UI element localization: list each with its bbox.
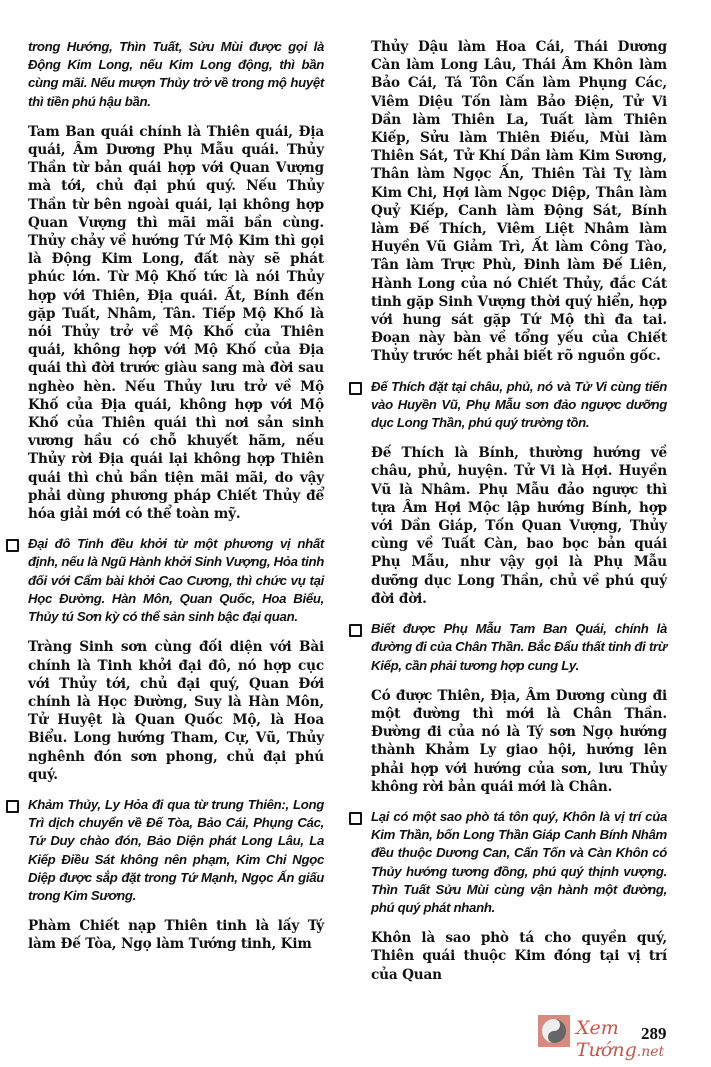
body-paragraph: Tam Ban quái chính là Thiên quái, Địa qu…	[28, 123, 324, 523]
body-paragraph: Đế Thích là Bính, thường hướng về châu, …	[371, 444, 667, 608]
body-paragraph: Có được Thiên, Địa, Âm Dương cùng đi một…	[371, 687, 667, 796]
verse-note: Đế Thích đặt tại châu, phủ, nó và Tử Vi …	[371, 378, 667, 433]
page-number: 289	[641, 1024, 667, 1044]
verse-note: Đại đô Tinh đều khởi từ một phương vị nh…	[28, 535, 324, 626]
checkbox-bullet-icon	[349, 382, 362, 395]
left-column: trong Hướng, Thìn Tuất, Sửu Mùi được gọi…	[28, 38, 324, 966]
verse-text: Biết được Phụ Mẫu Tam Ban Quái, chính là…	[371, 620, 667, 675]
body-paragraph: Tràng Sinh sơn cùng đối diện với Bài chí…	[28, 638, 324, 784]
checkbox-bullet-icon	[349, 624, 362, 637]
watermark-logo	[538, 1015, 570, 1047]
verse-note: Khảm Thủy, Ly Hỏa đi qua từ trung Thiên:…	[28, 796, 324, 905]
body-paragraph: Khôn là sao phò tá cho quyền quý, Thiên …	[371, 929, 667, 984]
checkbox-bullet-icon	[6, 539, 19, 552]
body-paragraph: Thủy Dậu làm Hoa Cái, Thái Dương Càn làm…	[371, 38, 667, 366]
watermark-suffix: .net	[637, 1044, 664, 1060]
watermark-name: Xem Tướng	[576, 1017, 637, 1061]
verse-text: Khảm Thủy, Ly Hỏa đi qua từ trung Thiên:…	[28, 796, 324, 905]
checkbox-bullet-icon	[6, 800, 19, 813]
verse-text: Đế Thích đặt tại châu, phủ, nó và Tử Vi …	[371, 378, 667, 433]
book-page: trong Hướng, Thìn Tuất, Sửu Mùi được gọi…	[0, 0, 711, 1067]
verse-text: Đại đô Tinh đều khởi từ một phương vị nh…	[28, 535, 324, 626]
verse-text: Lại có một sao phò tá tôn quý, Khôn là v…	[371, 808, 667, 917]
checkbox-bullet-icon	[349, 812, 362, 825]
right-column: Thủy Dậu làm Hoa Cái, Thái Dương Càn làm…	[371, 38, 667, 996]
page-footer: Xem Tướng.net 289	[538, 1013, 708, 1053]
body-paragraph: Phàm Chiết nạp Thiên tinh là lấy Tý làm …	[28, 917, 324, 953]
italic-continuation: trong Hướng, Thìn Tuất, Sửu Mùi được gọi…	[28, 38, 324, 111]
verse-note: Lại có một sao phò tá tôn quý, Khôn là v…	[371, 808, 667, 917]
yin-yang-icon	[542, 1019, 566, 1043]
verse-note: Biết được Phụ Mẫu Tam Ban Quái, chính là…	[371, 620, 667, 675]
